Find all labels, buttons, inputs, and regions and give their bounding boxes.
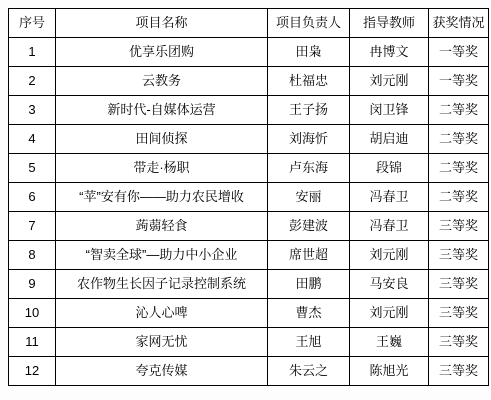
- cell-project-name: 田间侦探: [56, 125, 268, 154]
- cell-serial: 12: [9, 357, 56, 386]
- cell-project-name: “苹”安有你——助力农民增收: [56, 183, 268, 212]
- cell-serial: 2: [9, 67, 56, 96]
- cell-award: 一等奖: [429, 38, 489, 67]
- page: 序号 项目名称 项目负责人 指导教师 获奖情况 1优享乐团购田枭冉博文一等奖2云…: [0, 0, 491, 386]
- cell-teacher: 刘元刚: [350, 67, 429, 96]
- cell-serial: 7: [9, 212, 56, 241]
- cell-leader: 刘海忻: [268, 125, 350, 154]
- cell-teacher: 闵卫锋: [350, 96, 429, 125]
- cell-award: 二等奖: [429, 183, 489, 212]
- col-header-project-name: 项目名称: [56, 9, 268, 38]
- cell-leader: 席世超: [268, 241, 350, 270]
- cell-award: 三等奖: [429, 241, 489, 270]
- table-row: 3新时代-自媒体运营王子扬闵卫锋二等奖: [9, 96, 489, 125]
- cell-serial: 3: [9, 96, 56, 125]
- cell-teacher: 刘元刚: [350, 241, 429, 270]
- cell-award: 一等奖: [429, 67, 489, 96]
- table-row: 4田间侦探刘海忻胡启迪二等奖: [9, 125, 489, 154]
- cell-serial: 11: [9, 328, 56, 357]
- cell-award: 二等奖: [429, 125, 489, 154]
- col-header-teacher: 指导教师: [350, 9, 429, 38]
- cell-project-name: 蒟蒻轻食: [56, 212, 268, 241]
- cell-serial: 8: [9, 241, 56, 270]
- cell-leader: 王子扬: [268, 96, 350, 125]
- cell-leader: 安丽: [268, 183, 350, 212]
- table-row: 5带走·杨职卢东海段锦二等奖: [9, 154, 489, 183]
- cell-project-name: 家网无忧: [56, 328, 268, 357]
- cell-serial: 6: [9, 183, 56, 212]
- cell-serial: 1: [9, 38, 56, 67]
- col-header-leader: 项目负责人: [268, 9, 350, 38]
- cell-project-name: 新时代-自媒体运营: [56, 96, 268, 125]
- cell-award: 三等奖: [429, 212, 489, 241]
- cell-award: 三等奖: [429, 357, 489, 386]
- cell-leader: 田鹏: [268, 270, 350, 299]
- table-row: 6“苹”安有你——助力农民增收安丽冯春卫二等奖: [9, 183, 489, 212]
- cell-leader: 朱云之: [268, 357, 350, 386]
- cell-award: 二等奖: [429, 154, 489, 183]
- header-row: 序号 项目名称 项目负责人 指导教师 获奖情况: [9, 9, 489, 38]
- cell-serial: 5: [9, 154, 56, 183]
- cell-award: 三等奖: [429, 328, 489, 357]
- cell-teacher: 冯春卫: [350, 212, 429, 241]
- cell-serial: 10: [9, 299, 56, 328]
- table-row: 1优享乐团购田枭冉博文一等奖: [9, 38, 489, 67]
- cell-award: 三等奖: [429, 270, 489, 299]
- cell-teacher: 冯春卫: [350, 183, 429, 212]
- cell-teacher: 陈旭光: [350, 357, 429, 386]
- cell-teacher: 冉博文: [350, 38, 429, 67]
- cell-leader: 彭建波: [268, 212, 350, 241]
- cell-award: 二等奖: [429, 96, 489, 125]
- table-row: 7蒟蒻轻食彭建波冯春卫三等奖: [9, 212, 489, 241]
- cell-project-name: 沁人心啤: [56, 299, 268, 328]
- cell-teacher: 刘元刚: [350, 299, 429, 328]
- awards-table: 序号 项目名称 项目负责人 指导教师 获奖情况 1优享乐团购田枭冉博文一等奖2云…: [8, 8, 489, 386]
- col-header-award: 获奖情况: [429, 9, 489, 38]
- cell-leader: 杜福忠: [268, 67, 350, 96]
- cell-project-name: 云教务: [56, 67, 268, 96]
- cell-serial: 9: [9, 270, 56, 299]
- table-row: 10沁人心啤曹杰刘元刚三等奖: [9, 299, 489, 328]
- cell-project-name: 农作物生长因子记录控制系统: [56, 270, 268, 299]
- cell-project-name: 优享乐团购: [56, 38, 268, 67]
- cell-award: 三等奖: [429, 299, 489, 328]
- col-header-serial: 序号: [9, 9, 56, 38]
- cell-teacher: 马安良: [350, 270, 429, 299]
- cell-project-name: 夸克传媒: [56, 357, 268, 386]
- cell-leader: 田枭: [268, 38, 350, 67]
- cell-teacher: 胡启迪: [350, 125, 429, 154]
- table-row: 2云教务杜福忠刘元刚一等奖: [9, 67, 489, 96]
- table-row: 8“智卖全球”—助力中小企业席世超刘元刚三等奖: [9, 241, 489, 270]
- cell-serial: 4: [9, 125, 56, 154]
- table-row: 12夸克传媒朱云之陈旭光三等奖: [9, 357, 489, 386]
- cell-project-name: 带走·杨职: [56, 154, 268, 183]
- cell-teacher: 段锦: [350, 154, 429, 183]
- table-row: 9农作物生长因子记录控制系统田鹏马安良三等奖: [9, 270, 489, 299]
- cell-teacher: 王巍: [350, 328, 429, 357]
- cell-leader: 曹杰: [268, 299, 350, 328]
- table-row: 11家网无忧王旭王巍三等奖: [9, 328, 489, 357]
- cell-leader: 卢东海: [268, 154, 350, 183]
- cell-leader: 王旭: [268, 328, 350, 357]
- cell-project-name: “智卖全球”—助力中小企业: [56, 241, 268, 270]
